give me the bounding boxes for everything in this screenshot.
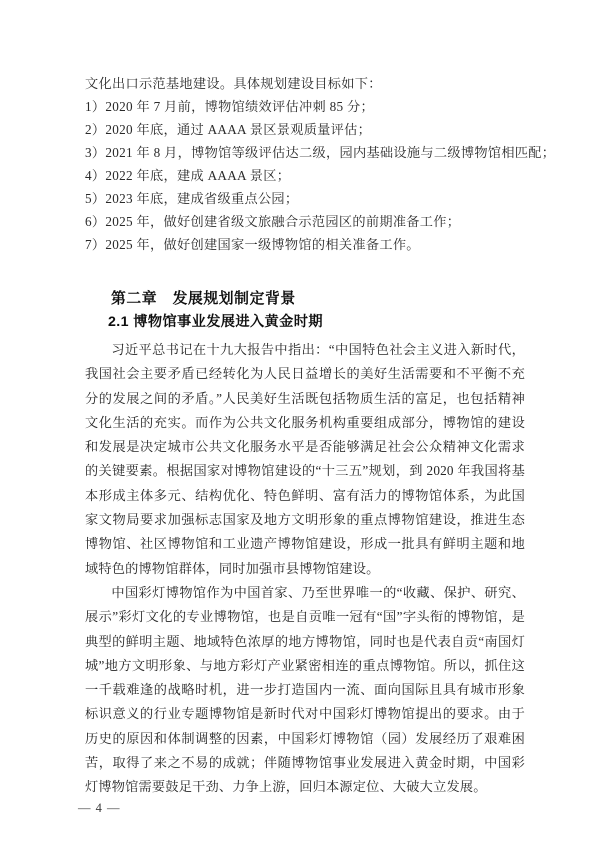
intro-line: 文化出口示范基地建设。具体规划建设目标如下： xyxy=(85,72,525,95)
body-paragraph-1: 习近平总书记在十九大报告中指出：“中国特色社会主义进入新时代，我国社会主要矛盾已… xyxy=(85,338,525,581)
goal-item-6: 6）2025 年，做好创建省级文旅融合示范园区的前期准备工作； xyxy=(85,210,525,233)
page-number: — 4 — xyxy=(78,800,121,816)
document-page: 文化出口示范基地建设。具体规划建设目标如下： 1）2020 年 7 月前，博物馆… xyxy=(0,0,609,863)
goals-block: 文化出口示范基地建设。具体规划建设目标如下： 1）2020 年 7 月前，博物馆… xyxy=(85,72,525,256)
goal-item-4: 4）2022 年底，建成 AAAA 景区； xyxy=(85,164,525,187)
body-paragraph-2: 中国彩灯博物馆作为中国首家、乃至世界唯一的“收藏、保护、研究、展示”彩灯文化的专… xyxy=(85,581,525,800)
goal-item-2: 2）2020 年底，通过 AAAA 景区景观质量评估； xyxy=(85,118,525,141)
chapter-heading: 第二章 发展规划制定背景 xyxy=(85,290,525,308)
goal-item-3: 3）2021 年 8 月，博物馆等级评估达二级，园内基础设施与二级博物馆相匹配； xyxy=(85,141,525,164)
section-heading: 2.1 博物馆事业发展进入黄金时期 xyxy=(85,313,525,331)
goal-item-1: 1）2020 年 7 月前，博物馆绩效评估冲刺 85 分； xyxy=(85,95,525,118)
goal-item-5: 5）2023 年底，建成省级重点公园； xyxy=(85,187,525,210)
goal-item-7: 7）2025 年，做好创建国家一级博物馆的相关准备工作。 xyxy=(85,233,525,256)
page-content: 文化出口示范基地建设。具体规划建设目标如下： 1）2020 年 7 月前，博物馆… xyxy=(85,0,525,800)
